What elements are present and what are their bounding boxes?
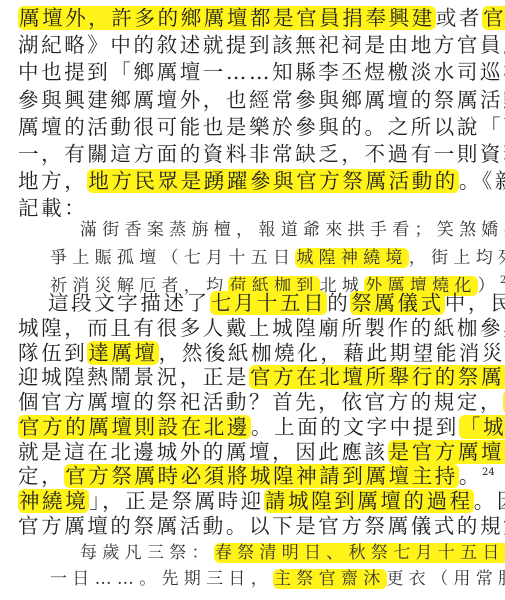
highlighted-text: 厲壇外，許多的鄉厲壇都是官員捐奉興建	[18, 6, 436, 30]
highlighted-text: 七月十五日	[210, 291, 328, 315]
text-run: 或者	[436, 6, 482, 30]
text-run: 。《新竹縣志初稿》有如下一段	[459, 169, 505, 193]
text-run: 更衣（用常服），備香燭、酒	[387, 569, 505, 589]
text-run: 爭上賑孤壇（七月十五日	[50, 248, 295, 268]
text-line: 厲壇的活動很可能也是樂於參與的。之所以說「可能」，有兩個原因，第	[18, 115, 505, 139]
text-run: 滿街香案蒸旃檀，報道爺來拱手看；笑煞嬌柔好兒女，荷枷	[80, 220, 505, 240]
text-line: 厲壇外，許多的鄉厲壇都是官員捐奉興建或者官員出面倡建。例如前引《澎	[18, 6, 505, 30]
text-run: 就是這在北邊城外的厲壇，因此應該	[18, 440, 388, 464]
text-run: ，然後紙枷燒化，藉此期望能消災解厄。上引文字中所描述的	[159, 341, 505, 365]
text-run: 湖紀略》中的敘述就提到該無祀祠是由地方官員所建立，《重修鳳山縣志》	[18, 33, 505, 57]
text-run: 定，	[18, 464, 64, 488]
text-line: 每歲凡三祭：春祭清明日、秋祭七月十五日、冬祭十月初	[80, 541, 505, 565]
text-run: ，街上均列香案；婦女有禱	[409, 248, 505, 268]
highlighted-text: 主祭官齋沐	[273, 569, 387, 589]
text-line: 記載：	[18, 196, 87, 220]
text-run: 。上面的文字中提到	[251, 415, 459, 439]
text-run: 中也提到「鄉厲壇一……知縣李丕煜檄淡水司巡檢王國興建」。	[18, 60, 505, 84]
text-line: 地方，地方民眾是踴躍參與官方祭厲活動的。《新竹縣志初稿》有如下一段	[18, 169, 505, 193]
highlighted-text: 春祭清明日、秋祭七月十五日、冬祭十	[214, 543, 505, 563]
text-line: 隊伍到達厲壇，然後紙枷燒化，藉此期望能消災解厄。上引文字中所描述的	[18, 341, 505, 365]
highlighted-text: 城隍神繞境	[295, 248, 409, 268]
highlighted-text: 官方祭厲時必須將城隍神請到厲壇主持	[64, 464, 459, 488]
text-line: 一，有關這方面的資料非常缺乏，不過有一則資料則顯示，至少在新竹這個	[18, 142, 505, 166]
highlighted-text: 神繞境	[18, 489, 89, 513]
footnote-ref: 23	[500, 275, 505, 286]
highlighted-text: 官方的厲壇則設在北邊	[18, 415, 251, 439]
text-run: 迎城隍熱鬧景況，正是	[18, 365, 249, 389]
text-run: 而上面的敘述中提到	[495, 464, 505, 488]
text-line: 湖紀略》中的敘述就提到該無祀祠是由地方官員所建立，《重修鳳山縣志》	[18, 33, 505, 57]
text-run: 參與興建鄉厲壇外，也經常參與鄉厲壇的祭厲活動。相對的，民間對於官方	[18, 88, 505, 112]
footnote-ref: 24	[482, 467, 495, 478]
text-line: 定，官方祭厲時必須將城隍神請到厲壇主持。24 而上面的敘述中提到「城隍	[18, 464, 505, 488]
text-line: 爭上賑孤壇（七月十五日城隍神繞境，街上均列香案；婦女有禱	[50, 246, 505, 270]
text-run: 」，正是祭厲時迎	[89, 489, 264, 513]
text-run: 的	[327, 291, 350, 315]
text-line: 個官方厲壇的祭祀活動？首先，依官方的規定，厲壇必須設在城外，而屬於	[18, 390, 505, 414]
highlighted-text: 官方在北壇所舉行的祭厲活動	[249, 365, 505, 389]
highlighted-text: 「城北外厲壇」	[459, 415, 505, 439]
text-run: 隊伍到	[18, 341, 87, 365]
text-run: 個官方厲壇的祭祀活動？首先，依官方的規定，	[18, 390, 503, 414]
text-run: 厲壇的活動很可能也是樂於參與的。之所以說「可能」，有兩個原因，第	[18, 115, 505, 139]
text-line: 中也提到「鄉厲壇一……知縣李丕煜檄淡水司巡檢王國興建」。22 官員除了	[18, 60, 505, 84]
highlighted-text: 請城隍到厲壇的過程	[264, 489, 474, 513]
text-run: 每歲凡三祭：	[80, 543, 214, 563]
text-run: 。	[459, 464, 482, 488]
text-run: 一日……。先期三日，	[50, 569, 273, 589]
text-line: 就是這在北邊城外的厲壇，因此應該是官方厲壇。其次，依官方祭厲儀式規	[18, 440, 505, 464]
text-run: 。因此我們可以確定這是一個	[474, 489, 505, 513]
text-line: 城隍，而且有很多人戴上城隍廟所製作的紙枷參與繞境遊行，最後跟著遊行	[18, 316, 505, 340]
text-run: 城隍，而且有很多人戴上城隍廟所製作的紙枷參與繞境遊行，最後跟著遊行	[18, 316, 505, 340]
highlighted-text: 祭厲儀式	[350, 291, 444, 315]
text-line: 這段文字描述了七月十五日的祭厲儀式中，民眾們在街上設下香案迎接	[48, 291, 505, 315]
text-run: 一，有關這方面的資料非常缺乏，不過有一則資料則顯示，	[18, 142, 505, 166]
highlighted-text: 是官方厲壇。	[388, 440, 505, 464]
highlighted-text: 官員出面倡建。	[482, 6, 505, 30]
text-line: 迎城隍熱鬧景況，正是官方在北壇所舉行的祭厲活動。為何可以確定這是一	[18, 365, 505, 389]
text-run: 官方厲壇的祭厲活動。以下是官方祭厲儀式的規定：	[18, 514, 505, 538]
highlighted-text: 地方民眾是踴躍參與官方祭厲活動的	[87, 169, 459, 193]
text-line: 官方厲壇的祭厲活動。以下是官方祭厲儀式的規定：	[18, 514, 505, 538]
text-line: 一日……。先期三日，主祭官齋沐更衣（用常服），備香燭、酒	[50, 567, 505, 591]
text-line: 滿街香案蒸旃檀，報道爺來拱手看；笑煞嬌柔好兒女，荷枷	[80, 218, 505, 242]
text-run: 中，民眾們在街上設下香案迎接	[445, 291, 505, 315]
text-run: 地方，	[18, 169, 87, 193]
highlighted-text: 達厲壇	[87, 341, 158, 365]
text-line: 官方的厲壇則設在北邊。上面的文字中提到「城北外厲壇」，所以這個厲壇	[18, 415, 505, 439]
text-line: 參與興建鄉厲壇外，也經常參與鄉厲壇的祭厲活動。相對的，民間對於官方	[18, 88, 505, 112]
text-run: 這段文字描述了	[48, 291, 210, 315]
text-line: 神繞境」，正是祭厲時迎請城隍到厲壇的過程。因此我們可以確定這是一個	[18, 489, 505, 513]
text-run: 記載：	[18, 196, 87, 220]
